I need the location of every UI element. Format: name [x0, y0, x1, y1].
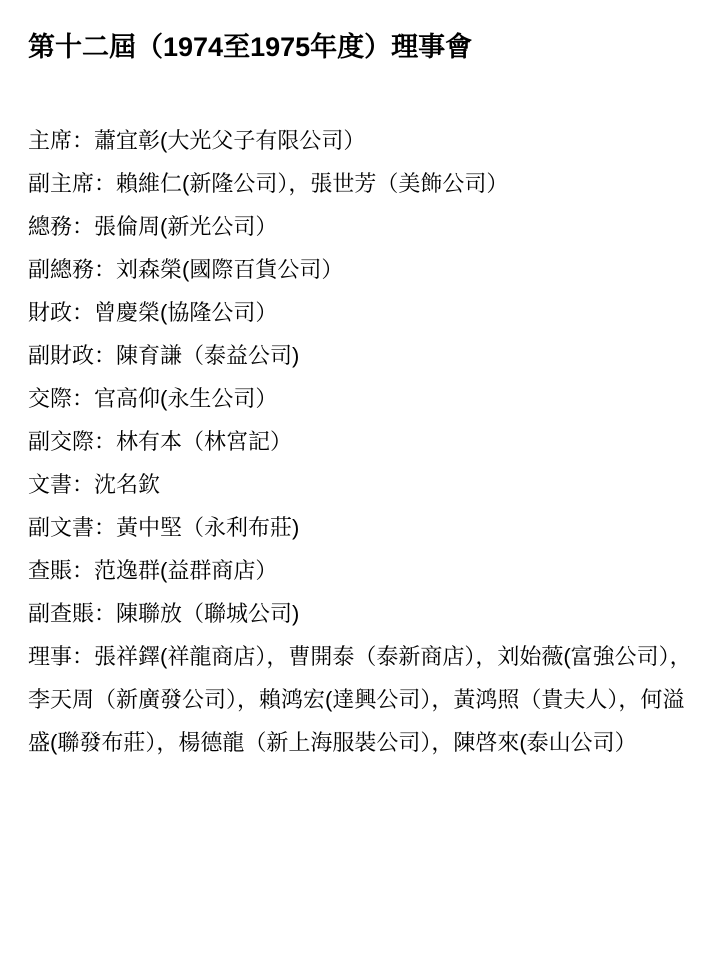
entry-social-affairs: 交際：官高仰(永生公司） [28, 377, 692, 420]
entry-vice-chairman: 副主席：賴維仁(新隆公司），張世芳（美飾公司） [28, 162, 692, 205]
entry-deputy-general-affairs: 副總務：刘森榮(國際百貨公司） [28, 248, 692, 291]
entry-deputy-treasurer: 副財政：陳育謙（泰益公司) [28, 334, 692, 377]
page-title: 第十二屆（1974至1975年度）理事會 [28, 31, 692, 63]
entry-chairman: 主席：蕭宜彰(大光父子有限公司） [28, 119, 692, 162]
entry-deputy-auditor: 副查賬：陳聯放（聯城公司) [28, 592, 692, 635]
entry-secretary: 文書：沈名欽 [28, 463, 692, 506]
document-page: 第十二屆（1974至1975年度）理事會 主席：蕭宜彰(大光父子有限公司） 副主… [0, 0, 720, 960]
entry-deputy-secretary: 副文書：黃中堅（永利布莊) [28, 506, 692, 549]
entry-deputy-social-affairs: 副交際：林有本（林宮記） [28, 420, 692, 463]
entry-auditor: 查賬：范逸群(益群商店） [28, 549, 692, 592]
entry-directors: 理事：張祥鐸(祥龍商店），曹開泰（泰新商店），刘始薇(富強公司），李天周（新廣發… [28, 635, 692, 764]
committee-list: 主席：蕭宜彰(大光父子有限公司） 副主席：賴維仁(新隆公司），張世芳（美飾公司）… [28, 119, 692, 764]
entry-general-affairs: 總務：張倫周(新光公司） [28, 205, 692, 248]
entry-treasurer: 財政：曾慶榮(協隆公司） [28, 291, 692, 334]
